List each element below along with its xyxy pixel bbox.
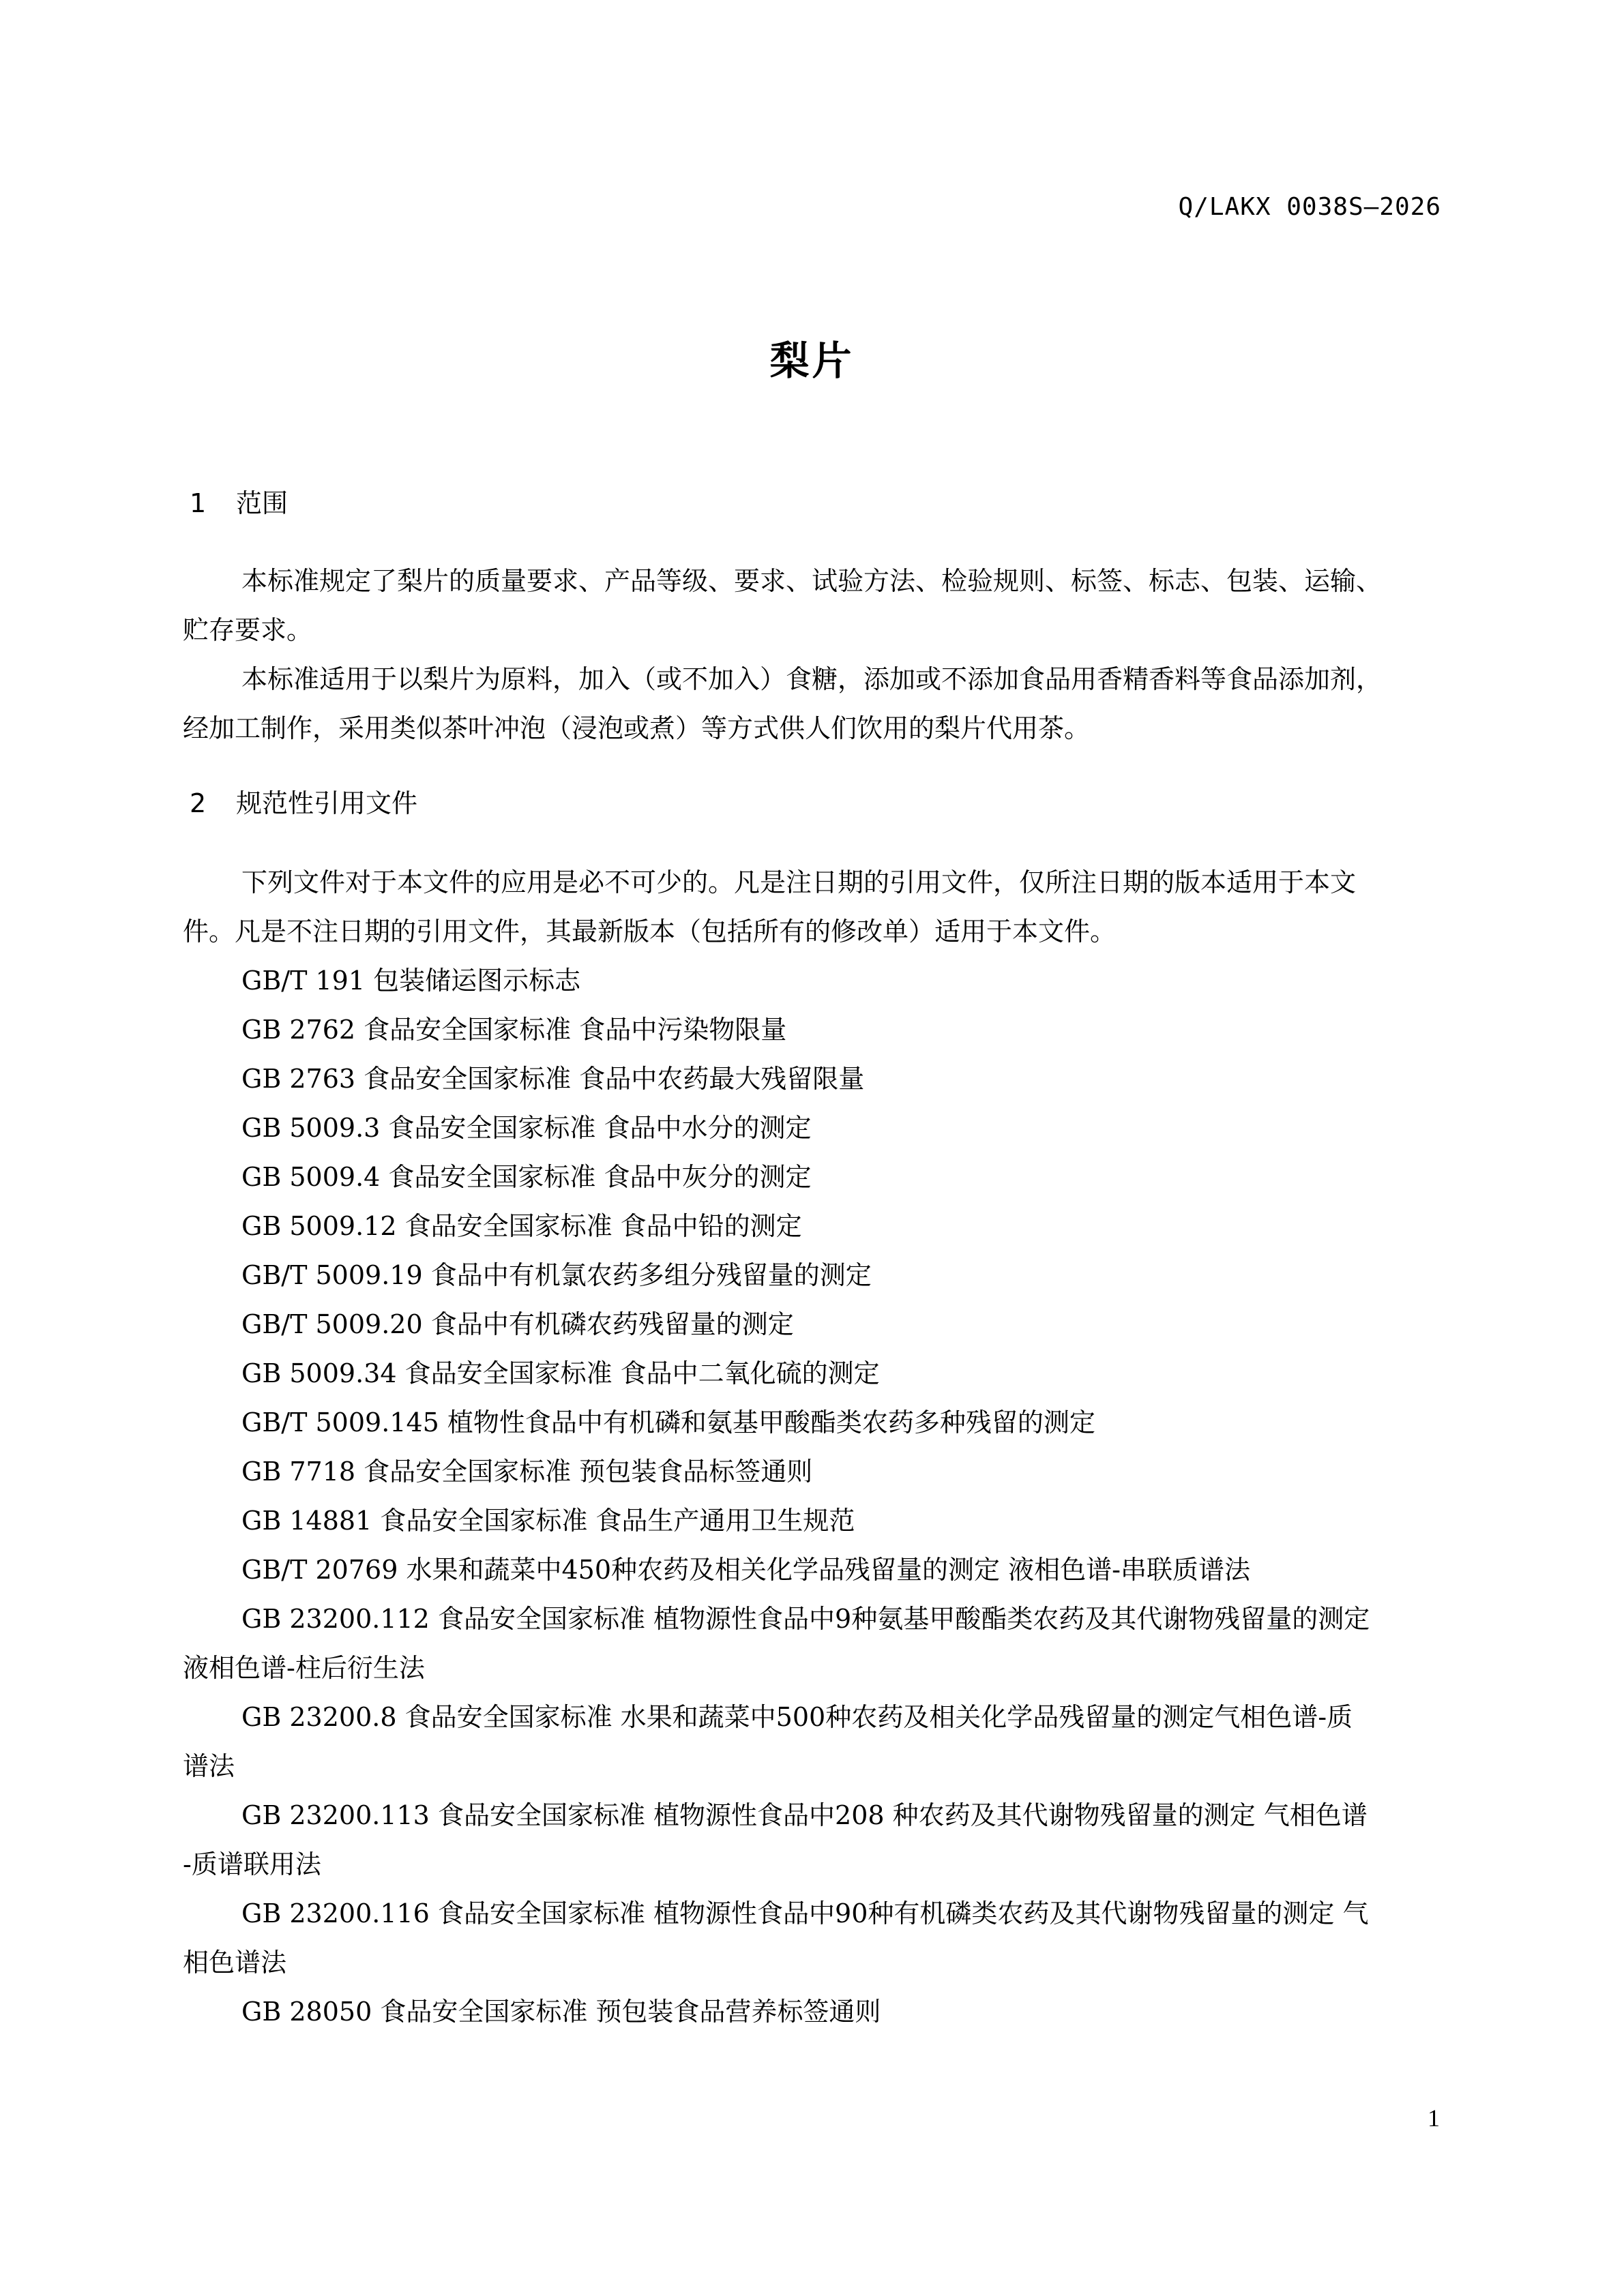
paragraph-line: 下列文件对于本文件的应用是必不可少的。凡是注日期的引用文件，仅所注日期的版本适用… (241, 867, 1356, 897)
scope-paragraph-2: 本标准适用于以梨片为原料，加入（或不加入）食糖，添加或不添加食品用香精香料等食品… (183, 655, 1462, 753)
reference-code: GB 7718 (241, 1457, 355, 1487)
reference-item: GB 5009.4 食品安全国家标准 食品中灰分的测定 (183, 1152, 1462, 1202)
reference-title: 食品安全国家标准 水果和蔬菜中500种农药及相关化学品残留量的测定气相色谱-质 (405, 1702, 1353, 1732)
reference-item: GB 23200.116 食品安全国家标准 植物源性食品中90种有机磷类农药及其… (183, 1889, 1462, 1987)
reference-title: 食品安全国家标准 食品中灰分的测定 (388, 1162, 811, 1192)
reference-item: GB 23200.8 食品安全国家标准 水果和蔬菜中500种农药及相关化学品残留… (183, 1693, 1462, 1791)
reference-code: GB 2763 (241, 1064, 355, 1094)
reference-item: GB 2762 食品安全国家标准 食品中污染物限量 (183, 1005, 1462, 1054)
section-1-heading: 1范围 (190, 482, 288, 520)
reference-title: 包装储运图示标志 (373, 966, 580, 996)
reference-continuation: 谱法 (183, 1742, 1462, 1791)
reference-item: GB/T 20769 水果和蔬菜中450种农药及相关化学品残留量的测定 液相色谱… (183, 1545, 1462, 1594)
reference-item: GB 23200.112 食品安全国家标准 植物源性食品中9种氨基甲酸酯类农药及… (183, 1594, 1462, 1693)
reference-code: GB 14881 (241, 1506, 372, 1536)
reference-code: GB 23200.116 (241, 1898, 430, 1928)
reference-code: GB/T 5009.19 (241, 1260, 423, 1290)
reference-list: GB/T 191 包装储运图示标志 GB 2762 食品安全国家标准 食品中污染… (183, 956, 1462, 2036)
reference-title: 食品安全国家标准 植物源性食品中208 种农药及其代谢物残留量的测定 气相色谱 (438, 1800, 1368, 1830)
reference-code: GB 23200.8 (241, 1702, 397, 1732)
reference-title: 植物性食品中有机磷和氨基甲酸酯类农药多种残留的测定 (447, 1407, 1095, 1437)
reference-item: GB 5009.3 食品安全国家标准 食品中水分的测定 (183, 1103, 1462, 1152)
reference-title: 食品安全国家标准 食品中水分的测定 (388, 1113, 811, 1143)
paragraph-line: 经加工制作，采用类似茶叶冲泡（浸泡或煮）等方式供人们饮用的梨片代用茶。 (124, 704, 1090, 753)
reference-code: GB 5009.12 (241, 1211, 397, 1241)
scope-paragraph-1: 本标准规定了梨片的质量要求、产品等级、要求、试验方法、检验规则、标签、标志、包装… (183, 556, 1462, 655)
document-title: 梨片 (0, 329, 1624, 386)
section-number: 2 (190, 788, 236, 818)
reference-title: 食品安全国家标准 食品中污染物限量 (364, 1015, 786, 1045)
paragraph-line: 贮存要求。 (124, 606, 312, 655)
reference-code: GB 23200.112 (241, 1604, 430, 1634)
reference-code: GB 5009.34 (241, 1358, 397, 1388)
reference-item: GB 7718 食品安全国家标准 预包装食品标签通则 (183, 1447, 1462, 1496)
reference-item: GB/T 5009.145 植物性食品中有机磷和氨基甲酸酯类农药多种残留的测定 (183, 1398, 1462, 1447)
reference-code: GB/T 191 (241, 966, 365, 996)
reference-item: GB 5009.12 食品安全国家标准 食品中铅的测定 (183, 1202, 1462, 1251)
standard-code: Q/LAKX 0038S—2026 (1179, 193, 1441, 221)
reference-title: 食品安全国家标准 预包装食品标签通则 (364, 1457, 812, 1487)
reference-code: GB 23200.113 (241, 1800, 430, 1830)
reference-continuation: 相色谱法 (183, 1938, 1462, 1987)
reference-item: GB 23200.113 食品安全国家标准 植物源性食品中208 种农药及其代谢… (183, 1791, 1462, 1889)
reference-title: 食品安全国家标准 食品中二氧化硫的测定 (405, 1358, 880, 1388)
reference-title: 食品安全国家标准 植物源性食品中9种氨基甲酸酯类农药及其代谢物残留量的测定 (438, 1604, 1370, 1634)
references-intro: 下列文件对于本文件的应用是必不可少的。凡是注日期的引用文件，仅所注日期的版本适用… (183, 858, 1462, 956)
reference-code: GB 5009.4 (241, 1162, 380, 1192)
reference-item: GB 5009.34 食品安全国家标准 食品中二氧化硫的测定 (183, 1349, 1462, 1398)
reference-title: 食品安全国家标准 预包装食品营养标签通则 (380, 1997, 881, 2027)
document-page: Q/LAKX 0038S—2026 梨片 1范围 本标准规定了梨片的质量要求、产… (0, 0, 1624, 2296)
reference-title: 食品安全国家标准 食品中铅的测定 (405, 1211, 802, 1241)
reference-code: GB/T 5009.20 (241, 1309, 423, 1339)
paragraph-line: 本标准规定了梨片的质量要求、产品等级、要求、试验方法、检验规则、标签、标志、包装… (241, 566, 1382, 596)
reference-title: 食品中有机氯农药多组分残留量的测定 (431, 1260, 872, 1290)
reference-continuation: -质谱联用法 (183, 1840, 1462, 1889)
reference-item: GB 28050 食品安全国家标准 预包装食品营养标签通则 (183, 1987, 1462, 2036)
page-number: 1 (1428, 2104, 1440, 2132)
reference-item: GB/T 5009.20 食品中有机磷农药残留量的测定 (183, 1300, 1462, 1349)
section-title: 规范性引用文件 (236, 788, 417, 818)
section-2-body: 下列文件对于本文件的应用是必不可少的。凡是注日期的引用文件，仅所注日期的版本适用… (183, 858, 1462, 2036)
reference-title: 食品安全国家标准 植物源性食品中90种有机磷类农药及其代谢物残留量的测定 气 (438, 1898, 1369, 1928)
reference-title: 食品安全国家标准 食品生产通用卫生规范 (380, 1506, 855, 1536)
reference-code: GB/T 20769 (241, 1555, 398, 1585)
section-1-body: 本标准规定了梨片的质量要求、产品等级、要求、试验方法、检验规则、标签、标志、包装… (183, 556, 1462, 753)
reference-code: GB 2762 (241, 1015, 355, 1045)
reference-title: 食品安全国家标准 食品中农药最大残留限量 (364, 1064, 864, 1094)
reference-item: GB 14881 食品安全国家标准 食品生产通用卫生规范 (183, 1496, 1462, 1545)
section-2-heading: 2规范性引用文件 (190, 782, 417, 820)
reference-code: GB 28050 (241, 1997, 372, 2027)
paragraph-line: 本标准适用于以梨片为原料，加入（或不加入）食糖，添加或不添加食品用香精香料等食品… (241, 664, 1382, 694)
reference-title: 水果和蔬菜中450种农药及相关化学品残留量的测定 液相色谱-串联质谱法 (407, 1555, 1250, 1585)
reference-continuation: 液相色谱-柱后衍生法 (183, 1643, 1462, 1693)
reference-title: 食品中有机磷农药残留量的测定 (431, 1309, 794, 1339)
section-title: 范围 (236, 488, 288, 518)
reference-code: GB 5009.3 (241, 1113, 380, 1143)
paragraph-line: 件。凡是不注日期的引用文件，其最新版本（包括所有的修改单）适用于本文件。 (124, 907, 1116, 956)
reference-code: GB/T 5009.145 (241, 1407, 439, 1437)
reference-item: GB 2763 食品安全国家标准 食品中农药最大残留限量 (183, 1054, 1462, 1103)
section-number: 1 (190, 488, 236, 518)
reference-item: GB/T 5009.19 食品中有机氯农药多组分残留量的测定 (183, 1251, 1462, 1300)
reference-item: GB/T 191 包装储运图示标志 (183, 956, 1462, 1005)
